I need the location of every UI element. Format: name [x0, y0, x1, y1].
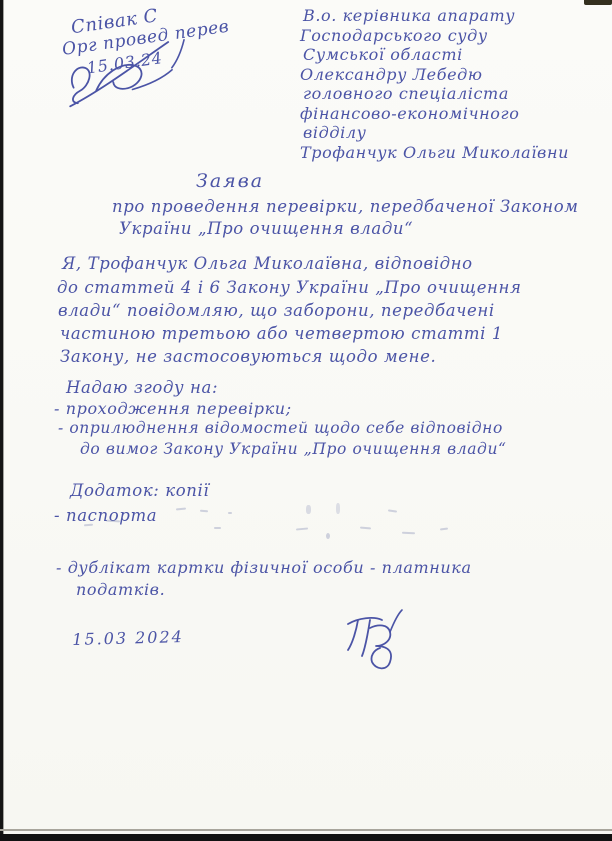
scan-edge-bottom-line — [0, 829, 612, 831]
scan-edge-bottom — [0, 834, 612, 841]
attachment-item: - паспорта — [54, 506, 157, 525]
document-date: 15.03 2024 — [72, 627, 184, 649]
addressee-line: головного спеціаліста — [303, 84, 569, 104]
document-subtitle-line: про проведення перевірки, передбаченої З… — [112, 197, 579, 216]
attachment-item: - дублікат картки фізичної особи - платн… — [56, 558, 472, 577]
scan-edge-left-shadow — [3, 0, 4, 841]
addressee-line: Олександру Лебедю — [300, 65, 569, 85]
document-subtitle-line: України „Про очищення влади“ — [119, 219, 413, 238]
addressee-line: В.о. керівника апарату — [303, 6, 569, 26]
consent-intro: Надаю згоду на: — [66, 378, 218, 397]
body-line: до статтей 4 і 6 Закону України „Про очи… — [57, 278, 522, 297]
body-line: Я, Трофанчук Ольга Миколаївна, відповідн… — [62, 254, 473, 273]
attachments-heading: Додаток: копії — [70, 481, 209, 500]
consent-item-continuation: до вимог Закону України „Про очищення вл… — [80, 440, 507, 458]
addressee-line: фінансово-економічного — [300, 104, 569, 124]
addressee-line: Сумської області — [303, 45, 569, 65]
addressee-line: відділу — [303, 123, 569, 143]
document-title: Заява — [196, 170, 264, 192]
body-line: влади“ повідомляю, що заборони, передбач… — [58, 301, 495, 320]
body-line: Закону, не застосовуються щодо мене. — [60, 347, 436, 366]
body-line: частиною третьою або четвертою статті 1 — [60, 324, 503, 343]
attachment-item-continuation: податків. — [76, 580, 165, 599]
scan-artifact-top-right — [584, 0, 612, 5]
resolution-note: Співак С Орг провед перев 15.03.24 — [52, 0, 315, 129]
addressee-block: В.о. керівника апарату Господарського су… — [300, 6, 569, 162]
consent-item: - проходження перевірки; — [54, 399, 292, 418]
scanned-document-page: Співак С Орг провед перев 15.03.24 В.о. … — [0, 0, 612, 841]
applicant-signature-icon — [328, 606, 438, 678]
addressee-line: Господарського суду — [300, 26, 569, 46]
consent-item: - оприлюднення відомостей щодо себе відп… — [58, 419, 503, 437]
addressee-line: Трофанчук Ольги Миколаївни — [300, 143, 569, 163]
